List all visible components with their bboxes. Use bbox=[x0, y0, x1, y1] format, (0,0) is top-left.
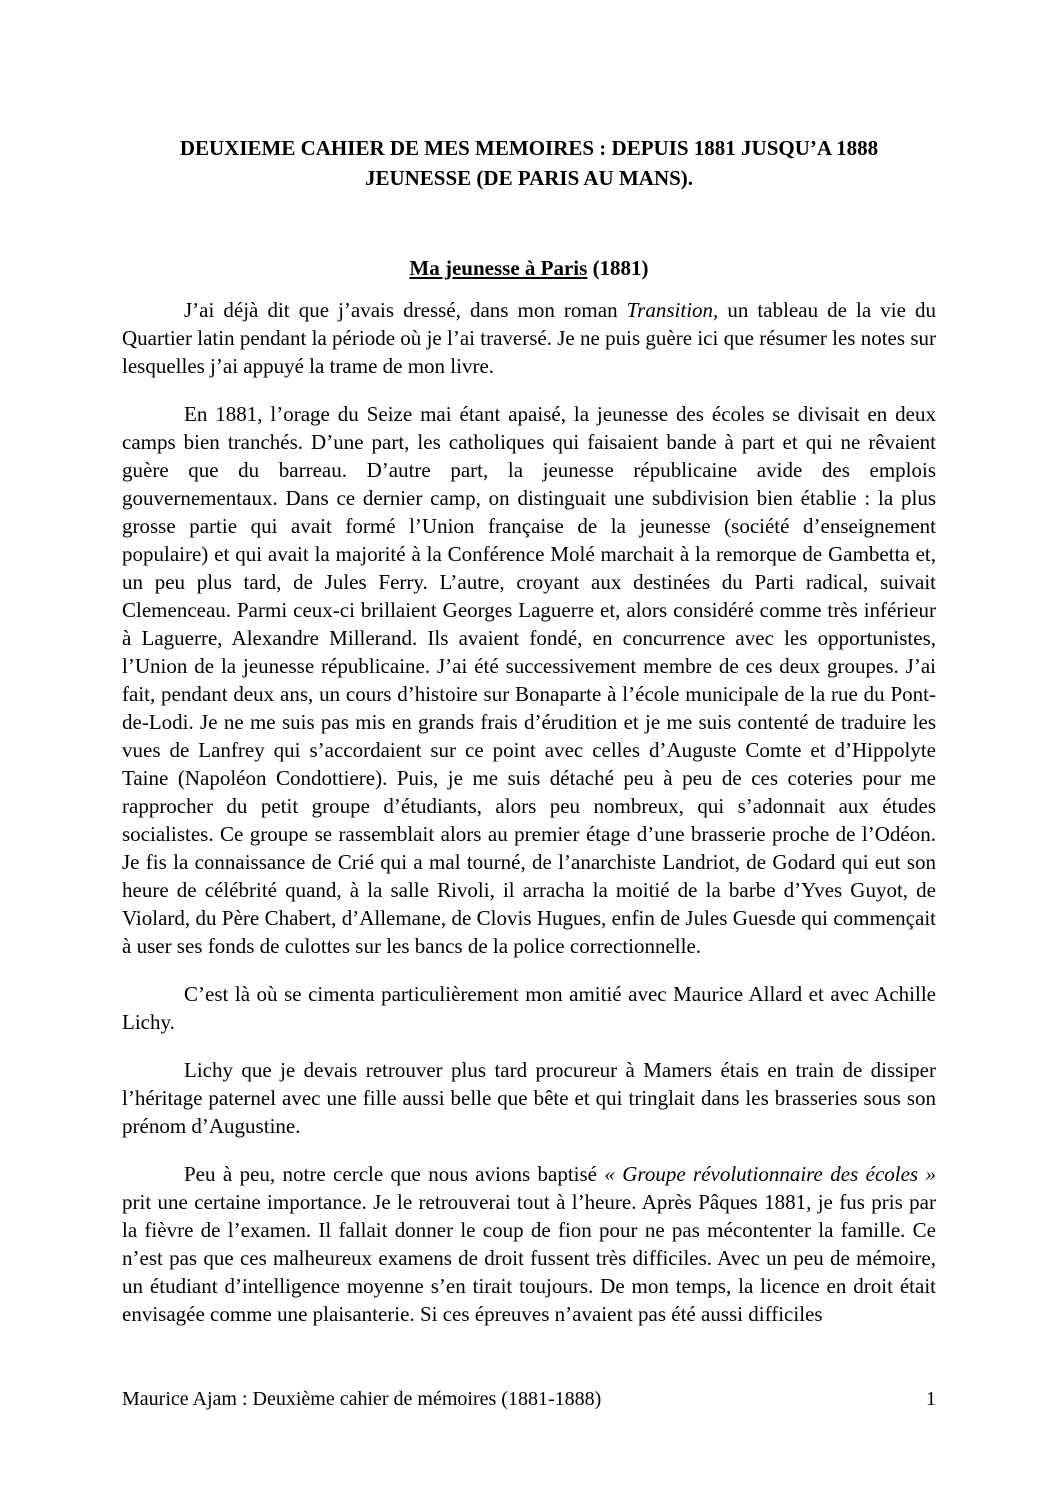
paragraph-4: Lichy que je devais retrouver plus tard … bbox=[122, 1056, 936, 1140]
text-run: Lichy que je devais retrouver plus tard … bbox=[122, 1058, 936, 1138]
title-line-2: JEUNESSE (DE PARIS AU MANS). bbox=[365, 166, 693, 190]
section-heading: Ma jeunesse à Paris (1881) bbox=[122, 253, 936, 283]
paragraph-5: Peu à peu, notre cercle que nous avions … bbox=[122, 1160, 936, 1328]
section-heading-underlined: Ma jeunesse à Paris bbox=[409, 256, 587, 280]
title-line-1: DEUXIEME CAHIER DE MES MEMOIRES : DEPUIS… bbox=[180, 136, 878, 160]
paragraph-2: En 1881, l’orage du Seize mai étant apai… bbox=[122, 400, 936, 960]
text-run: Peu à peu, notre cercle que nous avions … bbox=[184, 1162, 604, 1186]
text-run: En 1881, l’orage du Seize mai étant apai… bbox=[122, 402, 936, 958]
section-heading-rest: (1881) bbox=[587, 256, 648, 280]
text-run: C’est là où se cimenta particulièrement … bbox=[122, 982, 936, 1034]
paragraph-3: C’est là où se cimenta particulièrement … bbox=[122, 980, 936, 1036]
document-page: DEUXIEME CAHIER DE MES MEMOIRES : DEPUIS… bbox=[0, 0, 1058, 1497]
text-run: prit une certaine importance. Je le retr… bbox=[122, 1190, 936, 1326]
footer-citation: Maurice Ajam : Deuxième cahier de mémoir… bbox=[122, 1386, 601, 1412]
text-run-italic: Transition, bbox=[627, 298, 719, 322]
page-footer: Maurice Ajam : Deuxième cahier de mémoir… bbox=[122, 1386, 936, 1412]
text-run-italic: « Groupe révolutionnaire des écoles » bbox=[604, 1162, 936, 1186]
text-run: J’ai déjà dit que j’avais dressé, dans m… bbox=[184, 298, 627, 322]
document-title: DEUXIEME CAHIER DE MES MEMOIRES : DEPUIS… bbox=[122, 133, 936, 193]
paragraph-1: J’ai déjà dit que j’avais dressé, dans m… bbox=[122, 296, 936, 380]
page-number: 1 bbox=[926, 1386, 936, 1412]
